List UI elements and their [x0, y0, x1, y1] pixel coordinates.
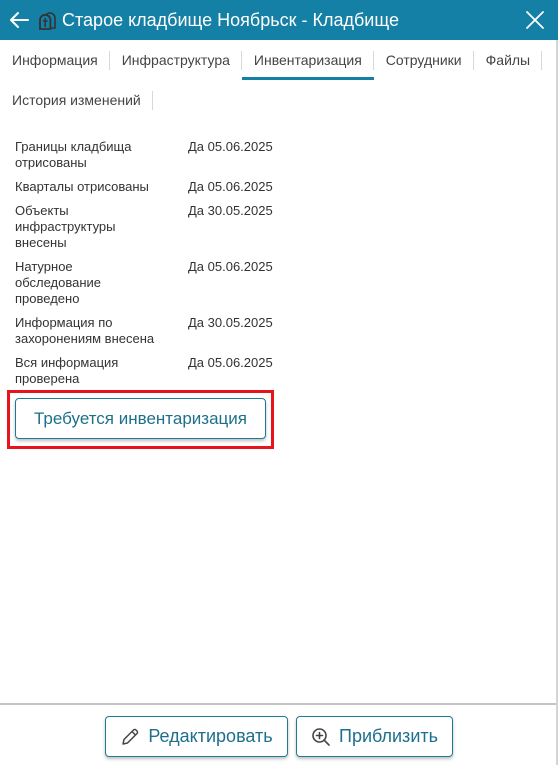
tab-files[interactable]: Файлы	[474, 40, 542, 80]
back-button[interactable]	[9, 0, 35, 40]
inventory-label: Границы кладбища отрисованы	[15, 139, 188, 171]
inventory-row: Границы кладбища отрисованы Да 05.06.202…	[15, 139, 515, 171]
zoom-in-button-label: Приблизить	[339, 726, 438, 747]
arrow-left-icon	[9, 11, 29, 29]
edit-button[interactable]: Редактировать	[105, 716, 288, 757]
inventory-row: Информация по захоронениям внесена Да 30…	[15, 315, 515, 347]
edit-button-label: Редактировать	[148, 726, 272, 747]
inventory-row: Объекты инфраструктуры внесены Да 30.05.…	[15, 203, 515, 251]
cemetery-card-panel: Старое кладбище Ноябрьск - Кладбище Инфо…	[0, 0, 558, 765]
tab-employees[interactable]: Сотрудники	[374, 40, 474, 80]
inventory-row: Кварталы отрисованы Да 05.06.2025	[15, 179, 515, 195]
inventory-list: Границы кладбища отрисованы Да 05.06.202…	[15, 139, 515, 395]
tab-change-history[interactable]: История изменений	[0, 80, 153, 120]
inventory-value: Да 30.05.2025	[188, 315, 515, 347]
tab-separator	[541, 51, 542, 70]
inventory-row: Вся информация проверена Да 05.06.2025	[15, 355, 515, 387]
close-button[interactable]	[524, 9, 546, 31]
inventory-label: Кварталы отрисованы	[15, 179, 188, 195]
tab-label: Сотрудники	[386, 52, 462, 68]
tab-inventory[interactable]: Инвентаризация	[242, 40, 374, 80]
close-icon	[524, 9, 546, 31]
inventory-row: Натурное обследование проведено Да 05.06…	[15, 259, 515, 307]
inventory-value: Да 30.05.2025	[188, 203, 515, 251]
gravestone-icon	[38, 9, 60, 31]
inventory-label: Натурное обследование проведено	[15, 259, 125, 307]
footer-divider	[0, 703, 556, 705]
pencil-icon	[120, 727, 140, 747]
tab-label: Инфраструктура	[122, 52, 230, 68]
tab-separator	[152, 91, 153, 110]
inventory-value: Да 05.06.2025	[188, 259, 515, 307]
zoom-in-button[interactable]: Приблизить	[296, 716, 453, 757]
tab-label: История изменений	[12, 92, 141, 108]
tab-label: Информация	[12, 52, 98, 68]
tab-information[interactable]: Информация	[0, 40, 110, 80]
inventory-label: Вся информация проверена	[15, 355, 140, 387]
inventory-label: Информация по захоронениям внесена	[15, 315, 188, 347]
tab-bar: Информация Инфраструктура Инвентаризация…	[0, 40, 556, 120]
tab-label: Файлы	[486, 52, 530, 68]
tab-label: Инвентаризация	[254, 52, 362, 68]
inventory-value: Да 05.06.2025	[188, 179, 515, 195]
inventory-value: Да 05.06.2025	[188, 355, 515, 387]
page-title: Старое кладбище Ноябрьск - Кладбище	[62, 10, 399, 31]
tab-infrastructure[interactable]: Инфраструктура	[110, 40, 242, 80]
inventory-value: Да 05.06.2025	[188, 139, 515, 171]
inventory-required-button[interactable]: Требуется инвентаризация	[15, 398, 266, 439]
inventory-label: Объекты инфраструктуры внесены	[15, 203, 135, 251]
header-bar: Старое кладбище Ноябрьск - Кладбище	[0, 0, 558, 40]
zoom-in-icon	[311, 727, 331, 747]
